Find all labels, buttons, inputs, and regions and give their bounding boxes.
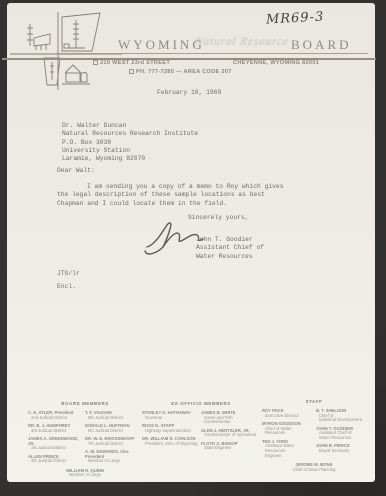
- signer-name: John T. Goodier: [196, 236, 264, 244]
- staff-member: JOHN B. PIERCEBoard Secretary: [316, 444, 366, 454]
- scanned-letter: MR69-3: [0, 0, 386, 496]
- footer-staff: STAFF ROY PECKExecutive Director MYRON G…: [262, 400, 366, 476]
- recipient-address-block: Dr. Walter Duncan Natural Resources Rese…: [62, 122, 198, 163]
- typed-signature-block: John T. Goodier Assistant Chief of Water…: [196, 236, 264, 261]
- ex-officio-member: GLEN J. HERTZLER, JR.Commissioner of Agr…: [201, 429, 260, 439]
- recipient-line: P.O. Box 3038: [62, 139, 198, 147]
- square-bullet-icon: [129, 69, 134, 74]
- handwritten-annotation: MR69-3: [266, 9, 325, 27]
- letter-date: February 10, 1969: [157, 89, 221, 97]
- ex-officio-member: STANLEY K. HATHAWAYGovernor: [142, 411, 201, 421]
- enclosure-notation: Encl.: [57, 283, 76, 291]
- footer-ex-officio-members: EX-OFFICIO MEMBERS STANLEY K. HATHAWAYGo…: [142, 402, 260, 455]
- phone-text: PH. 777-7285 — AREA CODE 307: [136, 69, 232, 75]
- staff-member: B. T. SHELDONChief of Industrial Develop…: [316, 409, 366, 423]
- staff-member: JEROME M. MONKChief of State Planning: [262, 463, 366, 473]
- footer-section-title: EX-OFFICIO MEMBERS: [142, 402, 260, 407]
- signer-title: Water Resources: [196, 253, 264, 261]
- org-name-script: Natural Resource: [193, 36, 291, 48]
- ex-officio-member: DR. WILLIAM D. CARLSONPresident, Univ. o…: [142, 437, 201, 447]
- board-member: ALLEN PRINCE4th Judicial District: [28, 455, 85, 465]
- board-member: DR. B. J. HUMPHREY3rd Judicial District: [28, 424, 85, 434]
- staff-member: JOHN T. GOODIERAssistant Chief of Water …: [316, 427, 366, 441]
- phone-line: PH. 777-7285 — AREA CODE 307: [129, 69, 232, 75]
- recipient-line: Dr. Walter Duncan: [62, 122, 198, 130]
- street-address: 210 WEST 23rd STREET: [93, 60, 170, 66]
- board-member: JAMES A. GREENWOOD, JR.1st Judicial Dist…: [28, 437, 85, 451]
- board-member: A. W. EDWARDS, Vice PresidentMember At L…: [85, 450, 142, 464]
- ex-officio-member: JAMES B. WHITEGame and Fish Commissioner: [201, 411, 260, 425]
- staff-member: TED J. YORKAssistant Water Resources Eng…: [262, 440, 312, 459]
- letter-body: I am sending you a copy of a memo to Roy…: [57, 183, 287, 208]
- footer-board-members: BOARD MEMBERS C. E. AYLER, President2nd …: [28, 402, 142, 482]
- letterhead-rule-bottom: [2, 58, 376, 60]
- body-line: Chapman and I could locate them in the f…: [57, 200, 287, 208]
- board-member: WILLIAM H. QUINNMember At Large: [28, 469, 142, 479]
- recipient-line: University Station: [62, 147, 198, 155]
- letterhead-rule-top: [56, 53, 368, 54]
- ex-officio-member: ROSS G. STAPPHighway Superintendent: [142, 424, 201, 434]
- board-member: T. F. VAUGHN5th Judicial District: [85, 411, 142, 421]
- recipient-line: Laramie, Wyoming 82070: [62, 155, 198, 163]
- staff-member: MYRON GOODSONChief of Water Resources: [262, 422, 312, 436]
- board-member: DONALD L. HUFFMAN6th Judicial District: [85, 424, 142, 434]
- org-name-left: WYOMING: [118, 37, 205, 53]
- staff-member: ROY PECKExecutive Director: [262, 409, 312, 419]
- board-member: C. E. AYLER, President2nd Judicial Distr…: [28, 411, 85, 421]
- footer-section-title: STAFF: [262, 400, 366, 405]
- street-address-text: 210 WEST 23rd STREET: [100, 60, 170, 66]
- ex-officio-member: FLOYD A. BISHOPState Engineer: [201, 442, 260, 452]
- board-logo-icon: [10, 10, 122, 92]
- recipient-line: Natural Resources Research Institute: [62, 130, 198, 138]
- salutation: Dear Walt:: [57, 167, 95, 175]
- city-address: CHEYENNE, WYOMING 82001: [233, 60, 319, 66]
- footer-section-title: BOARD MEMBERS: [28, 402, 142, 407]
- signer-title: Assistant Chief of: [196, 244, 264, 252]
- board-member: DR. W. E. ERICKENKOFF7th Judicial Distri…: [85, 437, 142, 447]
- square-bullet-icon: [93, 60, 98, 65]
- body-line: the legal description of these sample lo…: [57, 191, 287, 199]
- org-name-right: BOARD: [291, 37, 352, 53]
- reference-initials: JTG/lr: [57, 270, 80, 278]
- body-line: I am sending you a copy of a memo to Roy…: [57, 183, 287, 191]
